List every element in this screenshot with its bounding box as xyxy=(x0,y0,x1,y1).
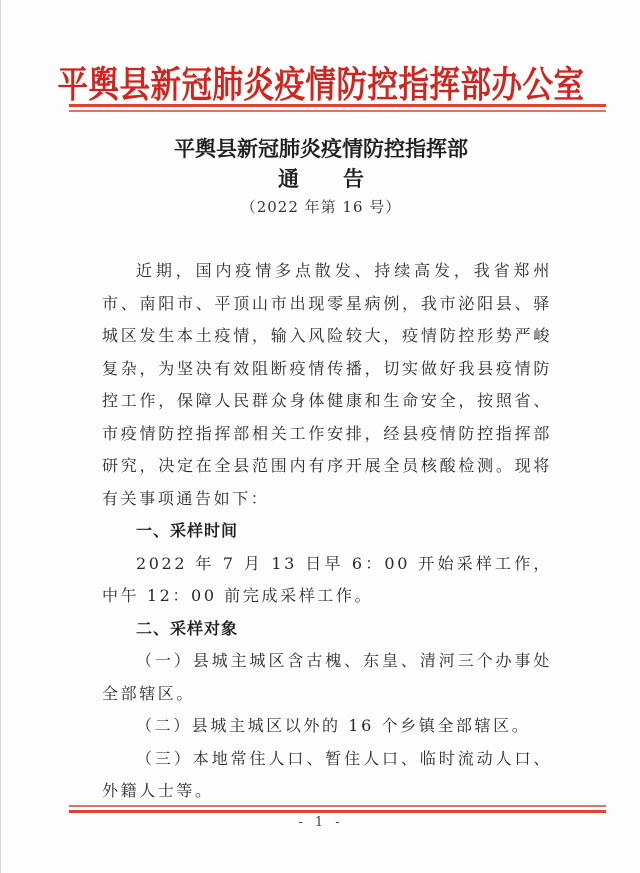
notice-type-char-2: 告 xyxy=(343,163,364,193)
notice-body: 近期，国内疫情多点散发、持续高发，我省郑州市、南阳市、平顶山市出现零星病例，我市… xyxy=(102,255,552,808)
footer-divider-thin xyxy=(69,805,606,807)
section-heading-sampling-targets: 二、采样对象 xyxy=(102,613,552,646)
footer-divider-thick xyxy=(69,810,606,813)
section-heading-sampling-time: 一、采样时间 xyxy=(102,515,552,548)
sampling-target-item-3: （三）本地常住人口、暂住人口、临时流动人口、外籍人士等。 xyxy=(102,743,552,808)
sampling-target-item-2: （二）县城主城区以外的 16 个乡镇全部辖区。 xyxy=(102,710,552,743)
document-number: （2022 年第 16 号） xyxy=(1,196,640,217)
letterhead-divider-thin xyxy=(69,110,606,112)
sampling-target-item-1: （一）县城主城区含古槐、东皇、清河三个办事处全部辖区。 xyxy=(102,645,552,710)
letterhead-title: 平舆县新冠肺炎疫情防控指挥部办公室 xyxy=(1,55,640,108)
sampling-time-paragraph: 2022 年 7 月 13 日早 6：00 开始采样工作，中午 12：00 前完… xyxy=(102,548,552,613)
notice-issuer: 平舆县新冠肺炎疫情防控指挥部 xyxy=(1,133,640,163)
intro-paragraph: 近期，国内疫情多点散发、持续高发，我省郑州市、南阳市、平顶山市出现零星病例，我市… xyxy=(102,255,552,515)
letterhead-divider-thick xyxy=(69,104,606,107)
notice-type: 通告 xyxy=(1,163,640,193)
notice-type-char-1: 通 xyxy=(278,163,299,193)
page-number: - 1 - xyxy=(1,815,640,830)
